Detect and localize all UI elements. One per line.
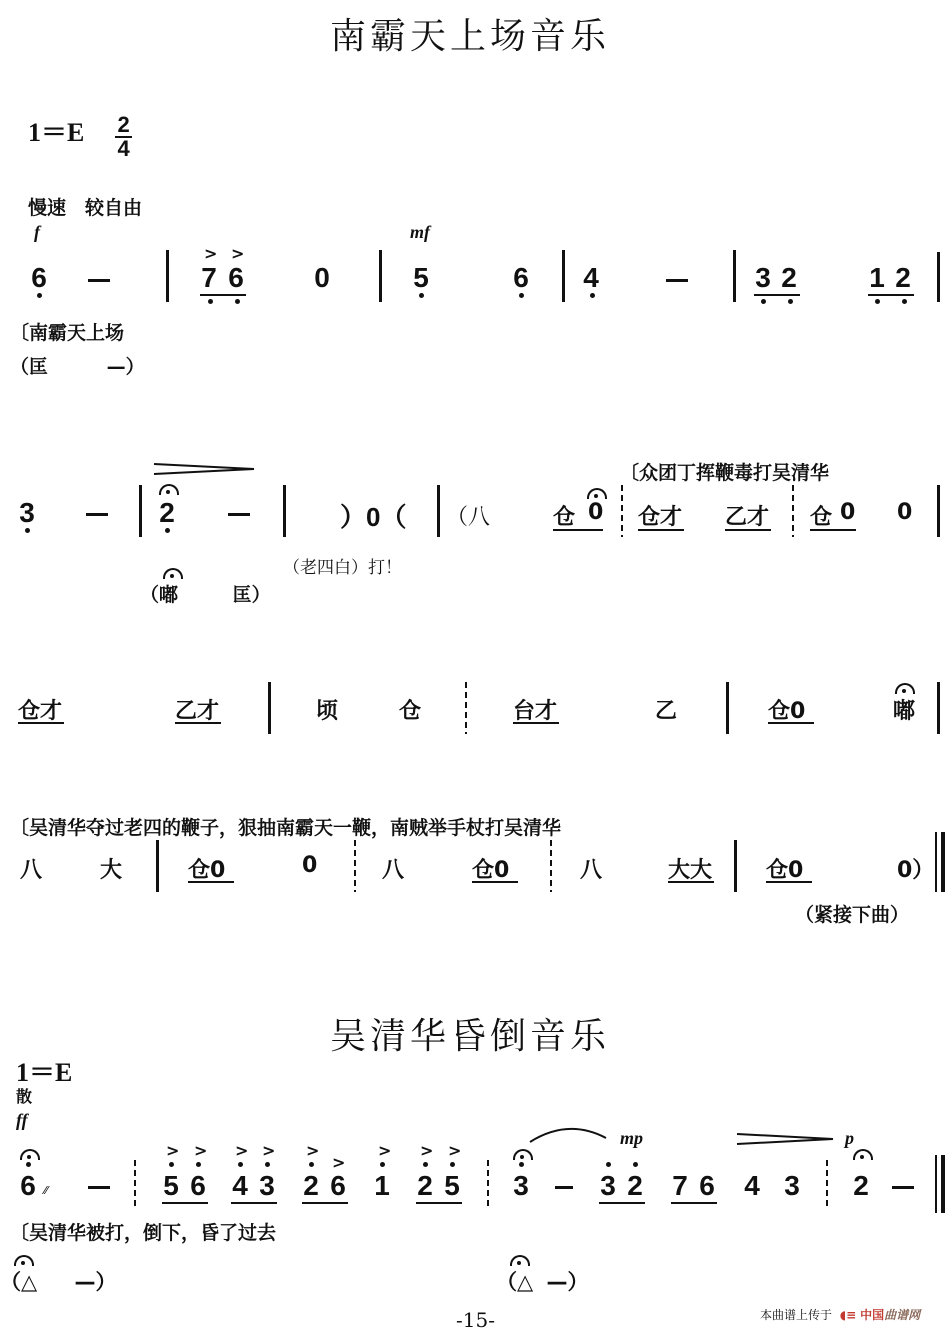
perc: 仓0 xyxy=(766,853,803,884)
percussion-text: （△ —） xyxy=(0,1266,116,1296)
note: 4 xyxy=(741,1170,763,1202)
piece2-title: 吴清华昏倒音乐 xyxy=(330,1008,610,1059)
note: 6 xyxy=(28,262,50,294)
barline xyxy=(826,1160,828,1210)
eighth-underline xyxy=(18,722,64,724)
final-double-barline xyxy=(935,1155,945,1213)
note: 3 xyxy=(752,262,774,294)
barline xyxy=(379,250,382,302)
extension-dash xyxy=(88,1186,110,1189)
barline xyxy=(166,250,169,302)
low-octave-dot xyxy=(165,528,170,533)
dynamic-p: p xyxy=(845,1128,854,1149)
fermata-icon xyxy=(163,568,183,579)
perc-triangle: （△ xyxy=(0,1270,37,1294)
low-octave-dot xyxy=(788,299,793,304)
note: 4 xyxy=(229,1170,251,1202)
note: 2 xyxy=(156,497,178,529)
note: 3 xyxy=(16,497,38,529)
fermata-icon xyxy=(159,484,179,495)
note: 5 xyxy=(410,262,432,294)
percussion-text: （匡 —） xyxy=(10,352,145,379)
eighth-underline xyxy=(768,722,814,724)
perc-ba: （八 xyxy=(446,500,490,531)
extension-dash xyxy=(555,1186,573,1189)
perc: 0 xyxy=(302,853,317,878)
dialogue: （老四白）打！ xyxy=(283,553,402,578)
perc-kuang: 匡） xyxy=(233,584,271,606)
eighth-underline xyxy=(416,1202,462,1204)
eighth-underline xyxy=(638,529,684,531)
low-octave-dot xyxy=(875,299,880,304)
high-octave-dot xyxy=(196,1162,201,1167)
eighth-underline xyxy=(868,294,914,296)
perc: 仓才 xyxy=(18,694,62,725)
fermata-icon xyxy=(895,683,915,694)
percussion-text: （嘟 匡） xyxy=(140,580,271,607)
note: 7 xyxy=(198,262,220,294)
stage-direction: 〔吴清华被打，倒下，昏了过去 xyxy=(10,1218,276,1245)
perc: 乙才 xyxy=(175,694,219,725)
perc-triangle: （△ xyxy=(496,1270,533,1294)
low-octave-dot xyxy=(37,293,42,298)
note: 6 xyxy=(327,1170,349,1202)
extension-dash xyxy=(86,513,108,516)
perc: 大 xyxy=(100,853,122,884)
note: 6 xyxy=(225,262,247,294)
note: 1 xyxy=(371,1170,393,1202)
stage-direction: 〔南霸天上场 xyxy=(10,318,124,345)
eighth-underline xyxy=(725,529,771,531)
barline xyxy=(134,1160,136,1210)
perc: 顷 xyxy=(316,694,338,725)
accent-mark: > xyxy=(448,1141,461,1160)
perc: 大大 xyxy=(668,853,712,884)
rest-in-parens: ）0（ xyxy=(340,497,406,534)
perc-yicai: 乙才 xyxy=(725,500,769,531)
eighth-underline xyxy=(766,881,812,883)
barline xyxy=(139,485,142,537)
perc: 八 xyxy=(382,853,404,884)
accent-mark: > xyxy=(378,1141,391,1160)
high-octave-dot xyxy=(606,1162,611,1167)
note: 2 xyxy=(850,1170,872,1202)
eighth-underline xyxy=(668,881,714,883)
eighth-underline xyxy=(671,1202,717,1204)
note: 2 xyxy=(414,1170,436,1202)
piece1-key-signature: 1＝E 2 4 xyxy=(28,112,132,160)
low-octave-dot xyxy=(519,293,524,298)
accent-mark: > xyxy=(306,1141,319,1160)
fermata-icon xyxy=(513,1149,533,1160)
perc-cang: 仓 xyxy=(810,500,832,531)
barline xyxy=(354,840,356,892)
time-sig-denominator: 4 xyxy=(117,136,129,161)
stage-direction: 〔吴清华夺过老四的鞭子，狠抽南霸天一鞭，南贼举手杖打吴清华 xyxy=(10,813,561,840)
dynamic-ff: ff xyxy=(16,1110,28,1131)
perc: 八 xyxy=(20,853,42,884)
fermata-icon xyxy=(587,488,607,499)
note: 0 xyxy=(311,262,333,294)
high-octave-dot xyxy=(450,1162,455,1167)
key-label: 1＝E xyxy=(28,118,84,147)
perc: 仓0 xyxy=(768,694,805,725)
fermata-icon xyxy=(14,1255,34,1266)
perc-cangcai: 仓才 xyxy=(638,500,682,531)
perc: 嘟 xyxy=(893,694,915,725)
low-octave-dot xyxy=(590,293,595,298)
note: 3 xyxy=(597,1170,619,1202)
eighth-underline xyxy=(175,722,221,724)
barline xyxy=(792,485,794,537)
note: 6 xyxy=(187,1170,209,1202)
fermata-icon xyxy=(510,1255,530,1266)
percussion-text: （△ —） xyxy=(496,1266,588,1296)
final-double-barline xyxy=(935,832,945,892)
note: 6 xyxy=(696,1170,718,1202)
extension-dash xyxy=(892,1186,914,1189)
low-octave-dot xyxy=(208,299,213,304)
high-octave-dot xyxy=(423,1162,428,1167)
barline xyxy=(562,250,565,302)
perc: 乙 xyxy=(655,694,677,725)
eighth-underline xyxy=(599,1202,645,1204)
extension-dash xyxy=(228,513,250,516)
note: 2 xyxy=(624,1170,646,1202)
eighth-underline xyxy=(200,294,246,296)
low-octave-dot xyxy=(25,528,30,533)
eighth-underline xyxy=(162,1202,208,1204)
note: 2 xyxy=(892,262,914,294)
piece1-title: 南霸天上场音乐 xyxy=(330,8,610,59)
extension-dash xyxy=(666,279,688,282)
accent-mark: > xyxy=(262,1141,275,1160)
accent-mark: > xyxy=(231,244,244,263)
high-octave-dot xyxy=(380,1162,385,1167)
slur xyxy=(528,1124,608,1144)
low-octave-dot xyxy=(419,293,424,298)
accent-mark: > xyxy=(420,1141,433,1160)
barline xyxy=(156,840,159,892)
barline xyxy=(726,682,729,734)
perc-rest: 0 xyxy=(897,500,912,525)
note: 3 xyxy=(256,1170,278,1202)
eighth-underline xyxy=(302,1202,348,1204)
perc: 台才 xyxy=(513,694,557,725)
perc: 仓0 xyxy=(188,853,225,884)
barline xyxy=(937,485,940,537)
perc-cang: 仓 xyxy=(553,500,575,531)
accent-mark: > xyxy=(194,1141,207,1160)
fermata-icon xyxy=(853,1149,873,1160)
eighth-underline xyxy=(188,881,234,883)
perc-rest: 0 xyxy=(840,500,855,525)
high-octave-dot xyxy=(238,1162,243,1167)
note: 5 xyxy=(160,1170,182,1202)
high-octave-dot xyxy=(26,1162,31,1167)
time-signature: 2 4 xyxy=(115,114,131,160)
tempo-marking: 慢速 较自由 xyxy=(28,193,142,220)
perc: 仓0 xyxy=(472,853,509,884)
barline xyxy=(283,485,286,537)
note: 4 xyxy=(580,262,602,294)
tremolo-mark: ⁄⁄ xyxy=(44,1184,48,1197)
note: 7 xyxy=(669,1170,691,1202)
barline xyxy=(437,485,440,537)
eighth-underline xyxy=(472,881,518,883)
high-octave-dot xyxy=(265,1162,270,1167)
note: 5 xyxy=(441,1170,463,1202)
extension-dash xyxy=(88,279,110,282)
credit-brand-b: 曲谱网 xyxy=(884,1308,920,1322)
decrescendo-hairpin xyxy=(152,462,256,476)
site-logo-icon: ◖≡ xyxy=(840,1308,856,1322)
barline xyxy=(937,682,940,734)
accent-mark: > xyxy=(166,1141,179,1160)
dynamic-mf: mf xyxy=(410,222,430,243)
page-number: -15- xyxy=(456,1308,495,1331)
note: 3 xyxy=(510,1170,532,1202)
barline xyxy=(465,682,467,734)
dynamic-f: f xyxy=(34,222,40,243)
eighth-underline xyxy=(231,1202,277,1204)
eighth-underline xyxy=(754,294,800,296)
barline xyxy=(487,1160,489,1210)
accent-mark: > xyxy=(235,1141,248,1160)
end-note: （紧接下曲） xyxy=(795,900,909,927)
high-octave-dot xyxy=(309,1162,314,1167)
perc-kuang: （匡 xyxy=(10,356,48,378)
note: 3 xyxy=(781,1170,803,1202)
perc: 0） xyxy=(897,853,934,884)
eighth-underline xyxy=(810,529,856,531)
perc-dash: —） xyxy=(74,1270,116,1294)
barline xyxy=(937,252,940,302)
high-octave-dot xyxy=(169,1162,174,1167)
barline xyxy=(734,840,737,892)
dynamic-mp: mp xyxy=(620,1128,643,1149)
accent-mark: > xyxy=(204,244,217,263)
note: 2 xyxy=(778,262,800,294)
perc-du: （嘟 xyxy=(140,584,178,606)
eighth-underline xyxy=(553,529,603,531)
time-sig-numerator: 2 xyxy=(115,114,131,138)
perc-rest: 0 xyxy=(588,500,603,525)
note: 6 xyxy=(510,262,532,294)
upload-credit: 本曲谱上传于 ◖≡ 中国曲谱网 xyxy=(760,1306,920,1323)
note: 2 xyxy=(300,1170,322,1202)
high-octave-dot xyxy=(633,1162,638,1167)
barline xyxy=(550,840,552,892)
perc: 八 xyxy=(580,853,602,884)
fermata-icon xyxy=(20,1149,40,1160)
note: 6 xyxy=(17,1170,39,1202)
credit-prefix: 本曲谱上传于 xyxy=(760,1308,832,1322)
perc-dash: —） xyxy=(107,356,145,378)
perc: 仓 xyxy=(399,694,421,725)
low-octave-dot xyxy=(902,299,907,304)
stage-direction: 〔众团丁挥鞭毒打吴清华 xyxy=(620,458,829,485)
eighth-underline xyxy=(513,722,559,724)
perc-dash: —） xyxy=(546,1270,588,1294)
high-octave-dot xyxy=(519,1162,524,1167)
low-octave-dot xyxy=(761,299,766,304)
low-octave-dot xyxy=(235,299,240,304)
barline xyxy=(621,485,623,537)
tempo-marking: 散 xyxy=(16,1084,32,1107)
decrescendo-hairpin xyxy=(735,1132,835,1146)
credit-brand-a: 中国 xyxy=(860,1308,884,1322)
note: 1 xyxy=(866,262,888,294)
barline xyxy=(268,682,271,734)
barline xyxy=(733,250,736,302)
